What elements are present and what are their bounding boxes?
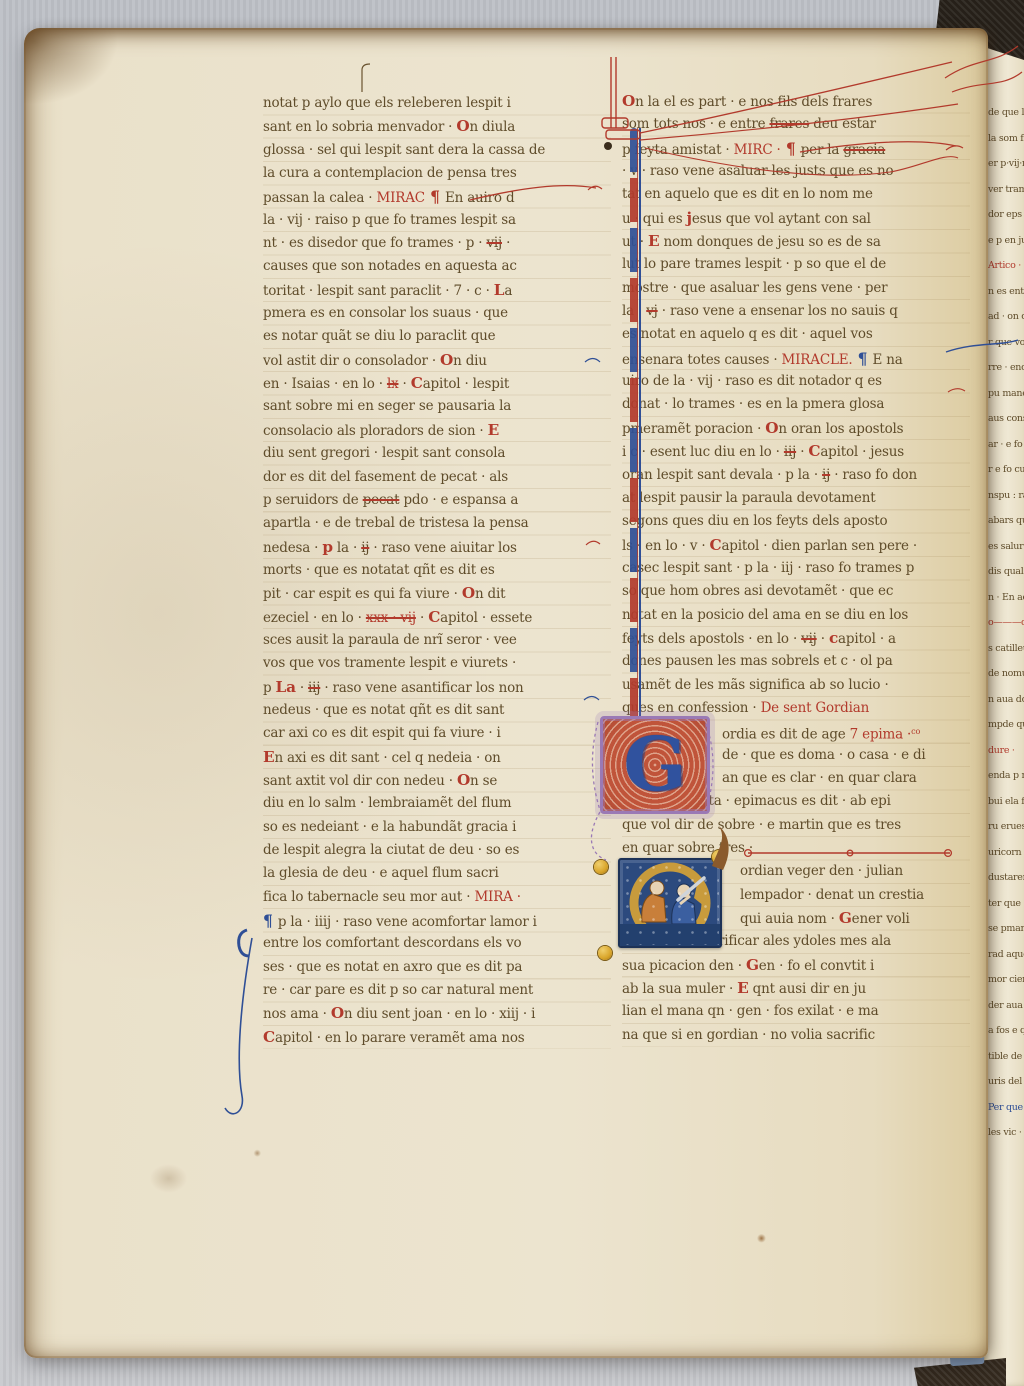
text-segment: iij (784, 444, 796, 460)
text-line: qui auia nom · Gener voli (740, 907, 970, 930)
text-segment: C (710, 536, 722, 554)
text-segment: sua picacion den · (622, 958, 746, 974)
text-line: lian el mana qn · gen · fos exilat · e m… (622, 1000, 970, 1023)
text-segment: n dit (475, 586, 505, 602)
text-line: sant axtit vol dir con nedeu · On se (263, 769, 611, 792)
text-segment: apitol · essete (440, 610, 532, 626)
text-line: re · car pare es dit p so car natural me… (263, 979, 611, 1002)
column-divider-bar (630, 128, 641, 766)
text-segment: E (648, 232, 659, 250)
historiated-initial-G (618, 858, 722, 948)
edge-text-fragment: dis quale (988, 559, 1024, 585)
text-line: segons ques diu en los feyts dels aposto (622, 510, 970, 533)
text-line: dones pausen les mas sobrels et c · ol p… (622, 650, 970, 673)
text-line: ses · que es notat en axro que es dit pa (263, 956, 611, 979)
text-segment: car axi co es dit espit qui fa viure · i (263, 725, 501, 741)
text-line: at lespit pausir la paraula devotament (622, 487, 970, 510)
edge-text-fragment: a fos e que ap (988, 1018, 1024, 1044)
text-segment: MIRAC (376, 190, 424, 206)
edge-text-fragment: pu manera (988, 381, 1024, 407)
text-segment: usamẽt de les mãs significa ab so lucio … (622, 677, 889, 693)
text-line: casec lespit sant · p la · iij · raso fo… (622, 557, 970, 580)
text-line: es notar quãt se diu lo paraclit que (263, 325, 611, 348)
text-line: tat en aquelo que es dit en lo nom me (622, 183, 970, 206)
edge-text-fragment: dustaren me (988, 865, 1024, 891)
text-line: la · vij · raiso p que fo trames lespit … (263, 209, 611, 232)
text-segment: n diu (453, 353, 487, 369)
text-segment: sant en lo sobria menvador · (263, 119, 456, 135)
text-segment: pdo · e espansa a (399, 492, 518, 508)
text-line: vol astit dir o consolador · On diu (263, 349, 611, 372)
text-line: feyts dels apostols · en lo · vij · capi… (622, 627, 970, 650)
text-line: lut lo pare trames lespit · p so que el … (622, 253, 970, 276)
text-segment: p la · iiij · raso vene acomfortar lamor… (278, 914, 537, 930)
text-segment: fica lo tabernacle seu mor aut · (263, 889, 474, 905)
text-segment: MIRA · (474, 889, 520, 905)
initial-dot-border (621, 861, 719, 945)
text-segment: n diu sent joan · en lo · xiij · i (344, 1006, 535, 1022)
text-line: de · que es doma · o casa · e di (722, 744, 970, 767)
edge-text-fragment: uris del macar (988, 1069, 1024, 1095)
text-segment: apitol · a (838, 631, 896, 647)
text-segment: L (494, 281, 505, 299)
text-line: sant sobre mi en seger se pausaria la (263, 395, 611, 418)
text-segment: O (456, 117, 469, 135)
text-segment: · raso vene a ensenar los no sauis q (658, 303, 898, 319)
puzzle-initial-G: G (600, 716, 710, 814)
text-segment: G (839, 909, 852, 927)
text-line: nedesa · p la · ij · raso vene aiuitar l… (263, 536, 611, 559)
edge-text-fragment: ar · e fo luc (988, 432, 1024, 458)
text-segment: E (488, 421, 499, 439)
text-segment: O (440, 351, 453, 369)
text-segment: ordia es dit de age (722, 727, 850, 743)
text-line: On la el es part · e nos fils dels frare… (622, 90, 970, 113)
text-line: En axi es dit sant · cel q nedeia · on (263, 746, 611, 769)
edge-text-fragment: ter que agim (988, 891, 1024, 917)
text-line: apartla · e de trebal de tristesa la pen… (263, 512, 611, 535)
text-segment: notat en la posicio del ama en se diu en… (622, 607, 908, 623)
text-segment: G (746, 956, 759, 974)
text-line: que vol dir de sobre · e martin que es t… (622, 814, 970, 837)
text-segment: nedesa · (263, 540, 322, 556)
text-line: diu sent gregori · lespit sant consola (263, 442, 611, 465)
text-segment: diu en lo salm · lembraiamẽt del flum (263, 795, 511, 811)
text-segment: apitol · jesus (820, 444, 904, 460)
text-segment: · (398, 376, 410, 392)
gold-bezant (712, 850, 726, 864)
text-segment: tat en aquelo que es dit en lo nom me (622, 186, 873, 202)
edge-text-fragment: les vic · eu se (988, 1120, 1024, 1146)
text-line: morts · que es notatat qñt es dit es (263, 559, 611, 582)
text-segment: mostre · que asaluar les gens vene · per (622, 280, 887, 296)
text-segment: C (263, 1028, 275, 1046)
text-segment: sant sobre mi en seger se pausaria la (263, 398, 511, 414)
text-segment: En auiro d (445, 190, 514, 206)
text-segment: en · Isaias · en lo · (263, 376, 387, 392)
text-segment: ij (822, 467, 830, 483)
text-line: ut · E nom donques de jesu so es de sa (622, 230, 970, 253)
text-line: na que si en gordian · no volia sacrific (622, 1024, 970, 1047)
text-segment: lx (387, 376, 399, 392)
text-segment: nos ama · (263, 1006, 331, 1022)
text-segment: xxx · vij (366, 610, 416, 626)
text-line: notat p aylo que els releberen lespit i (263, 92, 611, 115)
edge-text-fragment: bui ela fe vic (988, 789, 1024, 815)
text-line: sua picacion den · Gen · fo el convtit i (622, 954, 970, 977)
text-segment: pmeramẽt poracion · (622, 421, 765, 437)
text-segment: ¶ (263, 911, 278, 930)
text-line: pmera es en consolar los suaus · que (263, 302, 611, 325)
text-segment: que vol dir de sobre · e martin que es t… (622, 817, 901, 833)
text-segment: p (322, 538, 332, 556)
text-segment: la · vij · raiso p que fo trames lespit … (263, 212, 516, 228)
edge-text-fragment: n aua dom (988, 687, 1024, 713)
edge-text-fragment: la som fed (988, 126, 1024, 152)
text-segment: so es nedeiant · e la habundãt gracia i (263, 819, 516, 835)
edge-text-fragment: Artico · (988, 253, 1024, 279)
text-segment: pit · car espit es qui fa viure · (263, 586, 462, 602)
text-segment: ordian veger den · julian (740, 863, 903, 879)
text-segment: so que hom obres asi devotamẽt · que ec (622, 583, 893, 599)
text-segment: en quar sobre tres · (622, 840, 753, 856)
text-segment: entre los comfortant descordans els vo (263, 935, 521, 951)
text-line: dor es dit del fasement de pecat · als (263, 466, 611, 489)
text-line: i c · esent luc diu en lo · iij · Capito… (622, 440, 970, 463)
text-line: en · Isaias · en lo · lx · Capitol · les… (263, 372, 611, 395)
text-segment: i c · esent luc diu en lo · (622, 444, 784, 460)
gold-bezant (594, 860, 608, 874)
text-segment: · v · raso vene asaluar les justs que es… (622, 163, 893, 179)
text-segment: · (416, 610, 428, 626)
text-line: toritat · lespit sant paraclit · 7 · c ·… (263, 279, 611, 302)
text-segment: De sent Gordian (761, 700, 870, 716)
text-segment: pmera es en consolar los suaus · que (263, 305, 508, 321)
text-segment: la cura a contemplacion de pensa tres (263, 165, 517, 181)
text-segment: iij (308, 680, 320, 696)
edge-text-fragment: r que vol (988, 330, 1024, 356)
text-segment: ses · que es notat en axro que es dit pa (263, 959, 522, 975)
text-segment: nedeus · que es notat qñt es dit sant (263, 702, 504, 718)
text-segment: n diula (469, 119, 515, 135)
text-segment: per la (801, 142, 844, 158)
text-segment: nom donques de jesu so es de sa (659, 234, 880, 250)
edge-text-fragment: o———o (988, 610, 1024, 636)
text-segment: vol astit dir o consolador · (263, 353, 440, 369)
edge-text-fragment: uricorn la fe (988, 840, 1024, 866)
edge-text-fragment: rad aquela mr (988, 942, 1024, 968)
gold-bezant (598, 946, 612, 960)
edge-text-fragment: e p en justa (988, 228, 1024, 254)
text-line: passan la calea · MIRAC ¶ En auiro d (263, 185, 611, 208)
text-line: so que hom obres asi devotamẽt · que ec (622, 580, 970, 603)
text-segment: n oran los apostols (778, 421, 903, 437)
text-line: ordian veger den · julian (740, 860, 970, 883)
text-segment: dor es dit del fasement de pecat · als (263, 469, 508, 485)
text-segment: lut lo pare trames lespit · p so que el … (622, 256, 886, 272)
text-line: mostre · que asaluar les gens vene · per (622, 277, 970, 300)
text-segment: · raso vene aiuitar los (369, 540, 516, 556)
text-segment: p seruidors de (263, 492, 363, 508)
next-folio-edge: de que les ella som feder p·vij·rasver t… (982, 0, 1024, 1386)
text-line: · v · raso vene asaluar les justs que es… (622, 160, 970, 183)
text-line: sant en lo sobria menvador · On diula (263, 115, 611, 138)
text-segment: apitol · lespit (423, 376, 509, 392)
text-segment: deu estar (809, 116, 876, 132)
text-segment: ensenara totes causes · (622, 352, 782, 368)
text-segment: sant axtit vol dir con nedeu · (263, 773, 457, 789)
edge-text-fragment: s catilleus (988, 636, 1024, 662)
text-line: pmeramẽt poracion · On oran los apostols (622, 417, 970, 440)
text-line: nos ama · On diu sent joan · en lo · xii… (263, 1002, 611, 1025)
text-segment: es notar quãt se diu lo paraclit que (263, 328, 495, 344)
text-segment: oran lespit sant devala · p la · (622, 467, 822, 483)
text-segment: frares (770, 116, 810, 132)
text-segment: apitol · dien parlan sen pere · (721, 538, 917, 554)
text-segment: E na (873, 352, 903, 368)
edge-text-fragment: mor cienda ab (988, 967, 1024, 993)
text-segment: C (808, 442, 820, 460)
text-segment: som tots nos · e entre (622, 116, 770, 132)
text-segment: O (457, 771, 470, 789)
edge-text-fragment: abars qu (988, 508, 1024, 534)
text-line: ab la sua muler · E qnt ausi dir en ju (622, 977, 970, 1000)
text-line: donat · lo trames · es en la pmera glosa (622, 393, 970, 416)
text-line: glossa · sel qui lespit sant dera la cas… (263, 139, 611, 162)
text-segment: lempador · denat un crestia (740, 887, 924, 903)
text-segment: la glesia de deu · e aquel flum sacri (263, 865, 499, 881)
edge-text-fragment: mpde qui fo (988, 712, 1024, 738)
edge-text-fragment: se pmana del (988, 916, 1024, 942)
text-segment: gracia (843, 142, 885, 158)
text-line: p feyta amistat · MIRC · ¶ per la gracia (622, 137, 970, 160)
text-line: ¶ p la · iiij · raso vene acomfortar lam… (263, 909, 611, 932)
text-segment: notat p aylo que els releberen lespit i (263, 95, 511, 111)
text-segment: p (263, 680, 276, 696)
text-line: es notat en aquelo q es dit · aquel vos (622, 323, 970, 346)
column-left: notat p aylo que els releberen lespit is… (263, 92, 611, 1049)
text-segment: MIRC · (734, 142, 781, 158)
text-line: p La · iij · raso vene asantificar los n… (263, 676, 611, 699)
edge-text-fragment: ad · on care (988, 304, 1024, 330)
text-segment: glossa · sel qui lespit sant dera la cas… (263, 142, 545, 158)
text-line: nedeus · que es notat qñt es dit sant (263, 699, 611, 722)
text-segment: toritat · lespit sant paraclit · 7 · c · (263, 283, 494, 299)
text-line: p seruidors de pecat pdo · e espansa a (263, 489, 611, 512)
puzzle-initial-letter: G (623, 728, 686, 802)
edge-text-fragment: rre · encro e (988, 355, 1024, 381)
text-line: oran lespit sant devala · p la · ij · ra… (622, 464, 970, 487)
text-segment: C (428, 608, 440, 626)
text-segment: de lespit alegra la ciutat de deu · so e… (263, 842, 519, 858)
text-segment: O (622, 92, 635, 110)
text-segment: O (331, 1004, 344, 1022)
edge-text-fragment: Per que ela er (988, 1095, 1024, 1121)
text-segment: re · car pare es dit p so car natural me… (263, 982, 533, 998)
edge-text-fragment: er p·vij·ras (988, 151, 1024, 177)
text-segment: ¶ (852, 349, 872, 368)
edge-text-fragment: enda p mual (988, 763, 1024, 789)
text-segment: de · que es doma · o casa · e di (722, 747, 926, 763)
text-segment: uiro de la · vij · raso es dit notador q… (622, 373, 882, 389)
text-line: la glesia de deu · e aquel flum sacri (263, 862, 611, 885)
edge-text-fragment: dor eps ab fo (988, 202, 1024, 228)
text-segment: diu sent gregori · lespit sant consola (263, 445, 505, 461)
text-segment: ener voli (852, 911, 910, 927)
text-line: usamẽt de les mãs significa ab so lucio … (622, 674, 970, 697)
text-segment: · (796, 444, 808, 460)
text-segment: c (829, 629, 838, 647)
text-line: consolacio als ploradors de sion · E (263, 419, 611, 442)
edge-text-fragment: n es entrap (988, 279, 1024, 305)
text-line: ezeciel · en lo · xxx · vij · Capitol · … (263, 606, 611, 629)
text-segment: E (263, 748, 274, 766)
text-line: la cura a contemplacion de pensa tres (263, 162, 611, 185)
text-line: so es nedeiant · e la habundãt gracia i (263, 816, 611, 839)
text-segment: n la el es part · e nos fils dels frares (635, 94, 872, 110)
text-segment: causes que son notades en aquesta ac (263, 258, 517, 274)
divider-blue-rule (639, 128, 641, 766)
text-line: u · qui es jesus que vol aytant con sal (622, 207, 970, 230)
text-segment: en · fo el convtit i (759, 958, 874, 974)
text-segment: vij (801, 631, 817, 647)
manuscript-page: notat p aylo que els releberen lespit is… (24, 28, 988, 1358)
text-line: an que es clar · en quar clara (722, 767, 970, 790)
text-segment: vij (486, 235, 502, 251)
text-segment: at lespit pausir la paraula devotament (622, 490, 875, 506)
photo-background: de que les ella som feder p·vij·rasver t… (0, 0, 1024, 1386)
edge-text-fragment: es salur (988, 534, 1024, 560)
text-line: diu en lo salm · lembraiamẽt del flum (263, 792, 611, 815)
text-segment: esus que vol aytant con sal (692, 211, 871, 227)
edge-text-fragment: der aua more (988, 993, 1024, 1019)
text-segment: nt · es disedor que fo trames · p · (263, 235, 486, 251)
text-line: pit · car espit es qui fa viure · On dit (263, 582, 611, 605)
text-segment: qui auia nom · (740, 911, 839, 927)
text-line: uiro de la · vij · raso es dit notador q… (622, 370, 970, 393)
edge-text-fragment: nspu : rau (988, 483, 1024, 509)
edge-text-fragment: ver trames (988, 177, 1024, 203)
text-segment: vos que vos tramente lespit e viurets · (263, 655, 516, 671)
text-segment: ab la sua muler · (622, 981, 737, 997)
text-segment: la · (333, 540, 361, 556)
text-segment: apartla · e de trebal de tristesa la pen… (263, 515, 529, 531)
text-segment: co (911, 726, 920, 736)
text-segment: na que si en gordian · no volia sacrific (622, 1027, 875, 1043)
text-line: ordia es dit de age 7 epima ·co (722, 720, 970, 743)
text-line: sces ausit la paraula de nrĩ seror · vee (263, 629, 611, 652)
text-segment: La (276, 678, 296, 696)
text-segment: · (502, 235, 510, 251)
text-segment: C (411, 374, 423, 392)
text-segment: a (504, 283, 512, 299)
text-line: nt · es disedor que fo trames · p · vij … (263, 232, 611, 255)
text-segment: es notat en aquelo q es dit · aquel vos (622, 326, 873, 342)
text-segment: · (817, 631, 829, 647)
text-line: vos que vos tramente lespit e viurets · (263, 652, 611, 675)
text-segment: n axi es dit sant · cel q nedeia · on (274, 750, 500, 766)
text-segment: · raso vene asantificar los non (320, 680, 523, 696)
text-segment: lian el mana qn · gen · fos exilat · e m… (622, 1003, 878, 1019)
edge-text-fragment: tible de matri (988, 1044, 1024, 1070)
text-segment: · (296, 680, 308, 696)
edge-text-fragment: n · En aoa (988, 585, 1024, 611)
text-line: la · vj · raso vene a ensenar los no sau… (622, 300, 970, 323)
text-segment: qnt ausi dir en ju (749, 981, 866, 997)
next-folio-text-fragments: de que les ella som feder p·vij·rasver t… (988, 100, 1024, 1146)
text-line: car axi co es dit espit qui fa viure · i (263, 722, 611, 745)
text-segment: apitol · en lo parare veramẽt ama nos (275, 1030, 525, 1046)
text-segment: morts · que es notatat qñt es dit es (263, 562, 495, 578)
text-segment: feyts dels apostols · en lo · (622, 631, 801, 647)
text-segment: ezeciel · en lo · (263, 610, 366, 626)
text-line: ensenara totes causes · MIRACLE. ¶ E na (622, 347, 970, 370)
edge-text-fragment: de que les el (988, 100, 1024, 126)
text-line: causes que son notades en aquesta ac (263, 255, 611, 278)
text-segment: passan la calea · (263, 190, 376, 206)
text-segment: ¶ (425, 187, 445, 206)
text-line: entre los comfortant descordans els vo (263, 932, 611, 955)
text-segment: an que es clar · en quar clara (722, 770, 917, 786)
text-line: lempador · denat un crestia (740, 884, 970, 907)
edge-text-fragment: de nomual (988, 661, 1024, 687)
text-segment: donat · lo trames · es en la pmera glosa (622, 396, 884, 412)
text-line: de lespit alegra la ciutat de deu · so e… (263, 839, 611, 862)
text-segment: consolacio als ploradors de sion · (263, 423, 488, 439)
text-line: Capitol · en lo parare veramẽt ama nos (263, 1026, 611, 1049)
text-segment: ques en confession · (622, 700, 761, 716)
text-line: fica lo tabernacle seu mor aut · MIRA · (263, 886, 611, 909)
text-segment: O (765, 419, 778, 437)
text-line: ls · en lo · v · Capitol · dien parlan s… (622, 534, 970, 557)
divider-red-rule (637, 128, 638, 766)
edge-text-fragment: dure · (988, 738, 1024, 764)
text-segment: vj (646, 303, 657, 319)
text-segment: 7 epima · (850, 727, 911, 743)
text-line: en quar sobre tres · (622, 837, 970, 860)
text-segment: sces ausit la paraula de nrĩ seror · vee (263, 632, 517, 648)
edge-text-fragment: r e fo cur m (988, 457, 1024, 483)
text-segment: E (737, 979, 748, 997)
text-segment: MIRACLE. (782, 352, 853, 368)
edge-text-fragment: ru erues de (988, 814, 1024, 840)
text-segment: n se (470, 773, 497, 789)
text-segment: ¶ (781, 139, 801, 158)
edge-text-fragment: aus consel (988, 406, 1024, 432)
text-segment: dones pausen les mas sobrels et c · ol p… (622, 653, 893, 669)
text-line: notat en la posicio del ama en se diu en… (622, 604, 970, 627)
text-line: som tots nos · e entre frares deu estar (622, 113, 970, 136)
text-segment: · raso fo don (830, 467, 917, 483)
text-segment: O (462, 584, 475, 602)
text-segment: casec lespit sant · p la · iij · raso fo… (622, 560, 914, 576)
text-segment: pecat (363, 492, 400, 508)
text-segment: segons ques diu en los feyts dels aposto (622, 513, 887, 529)
